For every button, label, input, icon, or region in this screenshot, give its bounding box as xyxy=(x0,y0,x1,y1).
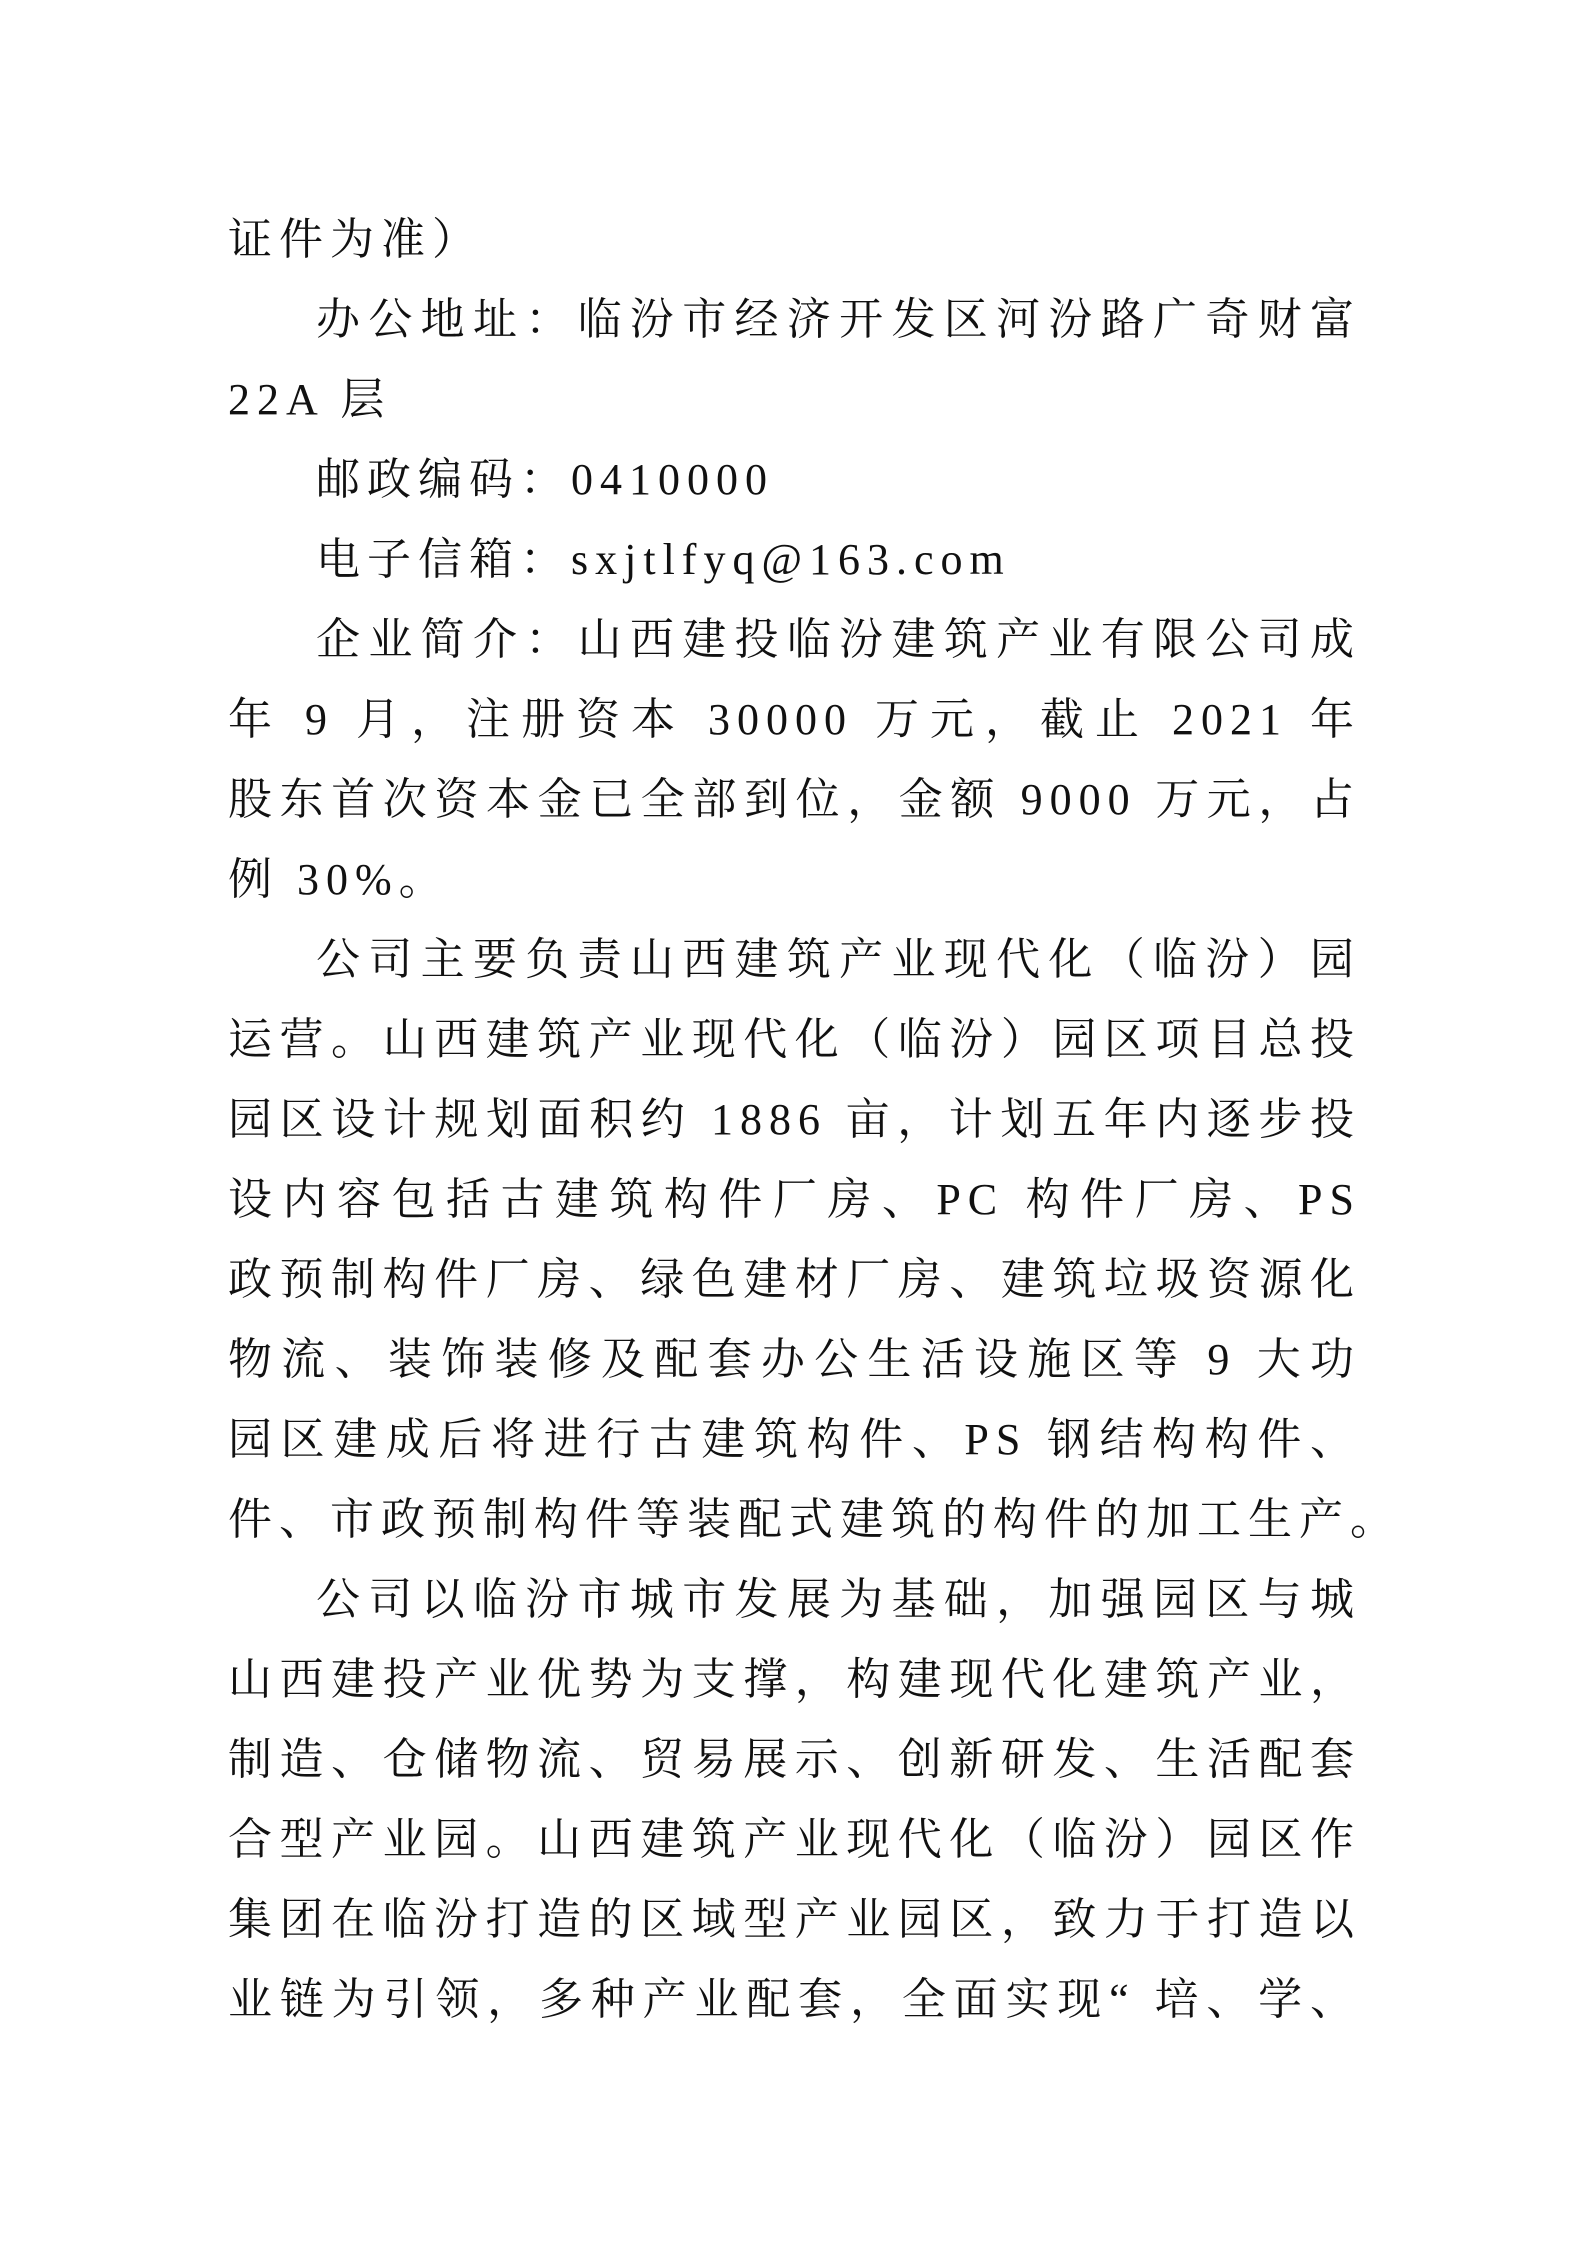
text-line: 山西建投产业优势为支撑，构建现代化建筑产业，打造集生产 xyxy=(228,1640,1361,1720)
text-line: 园区建成后将进行古建筑构件、PS 钢结构构件、PC 混凝土构 xyxy=(228,1400,1361,1480)
text-line: 公司以临汾市城市发展为基础，加强园区与城市互动；以 xyxy=(228,1560,1361,1640)
text-line: 22A 层 xyxy=(228,360,1361,440)
text-line: 件、市政预制构件等装配式建筑的构件的加工生产。 xyxy=(228,1480,1361,1560)
text-line: 物流、装饰装修及配套办公生活设施区等 9 大功能区组成。 xyxy=(228,1320,1361,1400)
text-line: 运营。山西建筑产业现代化（临汾）园区项目总投资约 38 亿， xyxy=(228,1000,1361,1080)
text-line: 股东首次资本金已全部到位，金额 9000 万元，占注册资本比 xyxy=(228,760,1361,840)
text-line: 集团在临汾打造的区域型产业园区，致力于打造以古建筑全产 xyxy=(228,1880,1361,1960)
text-line: 办公地址：临汾市经济开发区河汾路广奇财富中心 A 座 xyxy=(228,280,1361,360)
text-line: 企业简介：山西建投临汾建筑产业有限公司成立于 2021 xyxy=(228,600,1361,680)
text-line: 公司主要负责山西建筑产业现代化（临汾）园区的建设及 xyxy=(228,920,1361,1000)
text-line: 证件为准） xyxy=(228,200,1361,280)
text-line: 例 30%。 xyxy=(228,840,1361,920)
text-line: 合型产业园。山西建筑产业现代化（临汾）园区作为山西建投 xyxy=(228,1800,1361,1880)
text-line: 政预制构件厂房、绿色建材厂房、建筑垃圾资源化利用、仓储 xyxy=(228,1240,1361,1320)
text-line: 电子信箱：sxjtlfyq@163.com xyxy=(228,520,1361,600)
text-line: 制造、仓储物流、贸易展示、创新研发、生活配套于一体的综 xyxy=(228,1720,1361,1800)
text-line: 园区设计规划面积约 1886 亩，计划五年内逐步投资建成。建 xyxy=(228,1080,1361,1160)
document-text-block: 证件为准）办公地址：临汾市经济开发区河汾路广奇财富中心 A 座22A 层邮政编码… xyxy=(228,200,1361,2040)
text-line: 邮政编码：0410000 xyxy=(228,440,1361,520)
text-line: 年 9 月，注册资本 30000 万元，截止 2021 年 12 月 31 日，… xyxy=(228,680,1361,760)
text-line: 设内容包括古建筑构件厂房、PC 构件厂房、PS 构件厂房、市 xyxy=(228,1160,1361,1240)
document-page: 证件为准）办公地址：临汾市经济开发区河汾路广奇财富中心 A 座22A 层邮政编码… xyxy=(0,0,1587,2245)
text-line: 业链为引领，多种产业配套，全面实现“ 培、学、研、产、 xyxy=(228,1960,1361,2040)
